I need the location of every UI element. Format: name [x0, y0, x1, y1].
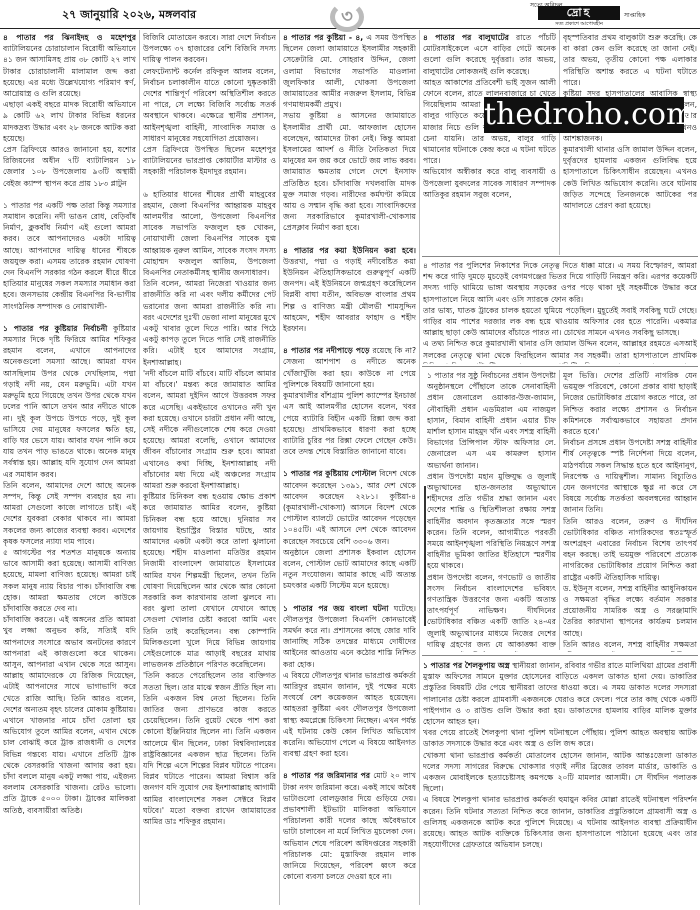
column-divider: [139, 30, 140, 905]
article-paragraph: চাঁদাবাজি করতে। এই অঙ্গনের প্রতি আমরা খু…: [3, 614, 136, 816]
article-paragraph: ১ পাতার পর সুষ্ঠু নির্বাচনের প্রধান উপদে…: [427, 370, 556, 471]
article-paragraph: ৪ পাতার পর কয়া ইউনিয়ন করা হবে। উত্তরখা…: [283, 245, 416, 335]
paragraph-text: ঘটেছে। দৌলতপুর উপজেলা বিএনপি কোনভাবেই সম…: [283, 604, 416, 669]
paragraph-lead: ১ পাতার পর শৈলকুপায় অস্ত্র: [423, 661, 510, 670]
article-paragraph: খবর পেয়ে রাতেই শৈলকুপা থানা পুলিশ ঘটনাস…: [423, 727, 697, 749]
article-paragraph: কুষ্টিয়ার চিনিকল বন্ধ হওয়ায় ক্ষোভ প্র…: [143, 491, 276, 670]
article-paragraph: 'তিনি করতে পেরেছিলেন তার ব্যক্তিগত সততা …: [143, 670, 276, 827]
column-5-top: বৃহস্পতিবার প্রথম বালুকাটা শুরু করেছি। ক…: [563, 32, 697, 254]
article-paragraph: সভায় কুষ্টিয়া ৪ আসনের জামায়াতে ইসলামী…: [283, 110, 416, 233]
article-paragraph: ৪ পাতার পর পুলিশের নিকাশের দিকে নেতৃত্ব …: [423, 260, 697, 305]
article-paragraph: ১ পাতার পর শৈলকুপায় অস্ত্র স্থানীয়রা জ…: [423, 660, 697, 727]
masthead: সত্যে অবিচল দ্রোহ সত্য প্রকাশে আপোষহীন স…: [490, 0, 620, 28]
article-paragraph: কুমারখালী থানার ওসি জামাল উদ্দিন বলেন, দ…: [563, 144, 697, 211]
paragraph-text: স্থানীয়রা জানান, রবিবার গভীর রাতে মালিথ…: [423, 661, 697, 726]
paragraph-text: সভায় কুষ্টিয়া ৪ আসনের জামায়াতে ইসলামী…: [283, 111, 416, 232]
column-divider: [559, 30, 560, 255]
paragraph-lead: ১ পাতার পর জয় বাংলা ঘটনা: [283, 604, 388, 613]
article-paragraph: লেফটেন্যান্ট কর্নেল রফিকুল আলম বলেন, নির…: [143, 66, 276, 144]
wide-article-robbery: ১ পাতার পর শৈলকুপায় অস্ত্র স্থানীয়রা জ…: [423, 660, 697, 907]
page-header: ২৭ জানুয়ারি ২০২৬, মঙ্গলবার ৩ সত্যে অবিচ…: [0, 0, 700, 29]
paragraph-text: তার ভাষ্য, ঘাতক ট্রাকের চালক হয়তো ঘুমিয…: [423, 306, 697, 337]
masthead-logo: দ্রোহ: [538, 6, 620, 20]
article-paragraph: তিনি আরও বলেন, সশস্ত্র বাহিনীর সক্ষমতা ব…: [563, 639, 697, 652]
article-paragraph: বিজিবি মোতায়েন করবে। সারা দেশে নির্বাচন…: [143, 32, 276, 66]
paragraph-text: তিনি আরও বলেন, তরুণ ও দীর্ঘদিন ভোটাধিকার…: [563, 517, 697, 582]
paragraph-text: তিনি বলেন, আমাদের দেশে আছে অনেক সম্পদ, ক…: [3, 481, 136, 546]
column-2: বিজিবি মোতায়েন করবে। সারা দেশে নির্বাচন…: [143, 32, 276, 907]
paragraph-lead: ১ পাতার পর কুষ্টিয়ায় পোস্টাল: [283, 469, 376, 478]
paragraph-text: বিদেশ থেকে আবেদন করেছেন ১৩৯১, আর দেশ থেক…: [283, 469, 416, 545]
paragraph-text: ৬ হাতিয়ার ধানের শীষের প্রার্থী মাহবুবের…: [143, 190, 276, 277]
article-paragraph: প্রেস ব্রিফিংয়ে আরও জানানো হয়, যশোর রি…: [3, 144, 136, 189]
article-paragraph: প্রধান উপদেষ্টা বলেন, গণভোট ও জাতীয় সংস…: [427, 572, 556, 652]
column-divider: [559, 370, 560, 650]
paragraph-text: প্রেস ব্রিফিংয়ে আরও জানানো হয়, যশোর রি…: [3, 145, 136, 188]
paragraph-text: এছাড়া একই বছরে মাদক বিরোধী অভিযানে ৯ কো…: [3, 100, 136, 143]
article-paragraph: ১ পাতার পর কুষ্টিয়ার নির্বাচনী কুষ্টিয়…: [3, 323, 136, 480]
paragraph-text: মূল ভিত্তি। দেশের প্রতিটি নাগরিক যেন ভয়…: [563, 371, 697, 436]
paragraph-text: ৫ আগস্টের পর শতশত মানুষকে অন্যায় ভাবে আ…: [3, 548, 136, 613]
article-paragraph: এছাড়া একই বছরে মাদক বিরোধী অভিযানে ৯ কো…: [3, 99, 136, 144]
column-4-top: ৪ পাতার পর বালুঘাটের রাতে পাঁচটি মোটরসাই…: [423, 32, 556, 254]
article-paragraph: ড. ইউনূস বলেন, সশস্ত্র বাহিনীর আধুনিকায়…: [563, 583, 697, 639]
column-divider: [279, 30, 280, 905]
paragraph-text: ৪ পাতার পর পুলিশের নিকাশের দিকে নেতৃত্ব …: [423, 261, 697, 304]
section-divider: [422, 366, 698, 367]
article-paragraph: ৪ পাতার পর ঝিনাইদহ ও মহেশপুর ব্যাটালিয়ন…: [3, 32, 136, 99]
paragraph-text: বিজিবি মোতায়েন করবে। সারা দেশে নির্বাচন…: [143, 33, 276, 64]
paragraph-text: প্রধান উপদেষ্টা মহান মুক্তিযুদ্ধ ও জুলাই…: [427, 472, 556, 571]
article-paragraph: এ বিষয়ে শৈলকুপা থানার ভারপ্রাপ্ত কর্মকর…: [423, 794, 697, 850]
article-paragraph: ৪ পাতার পর নদীপাড়ে পড়ে রয়েছে কি না? স…: [283, 345, 416, 390]
paragraph-lead: ১ পাতার পর কুষ্টিয়ার নির্বাচনী: [3, 324, 107, 333]
paragraph-text: মোট ২০ লাখ টাকা নগদ জরিমানা করে। একই সাথ…: [283, 771, 416, 836]
column-4-election: ১ পাতার পর সুষ্ঠু নির্বাচনের প্রধান উপদে…: [427, 370, 556, 652]
article-paragraph: মূল ভিত্তি। দেশের প্রতিটি নাগরিক যেন ভয়…: [563, 370, 697, 437]
masthead-subtitle: সত্য প্রকাশে আপোষহীন: [538, 21, 620, 29]
issue-date: ২৭ জানুয়ারি ২০২৬, মঙ্গলবার: [62, 6, 196, 25]
column-3: ৪ পাতার পর কুষ্টিয়া - ৪, এ সময় উপস্থিত…: [283, 32, 416, 907]
article-paragraph: ১ পাতার পর জয় বাংলা ঘটনা ঘটেছে। দৌলতপুর…: [283, 603, 416, 670]
paragraph-lead: ৪ পাতার পর বালুঘাটের: [423, 33, 509, 42]
paragraph-text: 'তিনি করতে পেরেছিলেন তার ব্যক্তিগত সততা …: [143, 671, 276, 826]
paragraph-text: কুমারখালীর বাঁশগ্রাম পুলিশ ক্যাম্পের ইনচ…: [283, 391, 416, 456]
article-paragraph: তিনি বলেন, আমাদের দেশে আছে অনেক সম্পদ, ক…: [3, 480, 136, 547]
paragraph-text: অভিযান শেষে পরিবেশ অধিদপ্তরের সহকারী পরি…: [283, 839, 416, 882]
paragraph-lead: ৪ পাতার পর কয়া ইউনিয়ন করা হবে।: [283, 246, 416, 255]
paragraph-text: নির্বাচন প্রসঙ্গে প্রধান উপদেষ্টা সশস্ত্…: [563, 438, 697, 514]
paragraph-text: খবর পেয়ে রাতেই শৈলকুপা থানা পুলিশ ঘটনাস…: [423, 728, 697, 748]
article-paragraph: এ বিষয়ে দৌলতপুর থানার ভারপ্রাপ্ত কর্মকর…: [283, 670, 416, 760]
article-paragraph: প্রধান উপদেষ্টা মহান মুক্তিযুদ্ধ ও জুলাই…: [427, 471, 556, 572]
article-paragraph: কুমারখালীর বাঁশগ্রাম পুলিশ ক্যাম্পের ইনচ…: [283, 390, 416, 457]
article-paragraph: তিনি বলেন, আমরা নিজেরা খাওয়ার জন্য রাজন…: [143, 278, 276, 368]
article-paragraph: ১ পাতার পর একটি পক্ষ তারা কিন্তু সমস্যার…: [3, 200, 136, 312]
paragraph-text: ১ পাতার পর একটি পক্ষ তারা কিন্তু সমস্যার…: [3, 201, 136, 311]
article-paragraph: তিনি আরও বলেন, তরুণ ও দীর্ঘদিন ভোটাধিকার…: [563, 516, 697, 583]
wide-article-accident: ৪ পাতার পর পুলিশের নিকাশের দিকে নেতৃত্ব …: [423, 260, 697, 364]
column-1: ৪ পাতার পর ঝিনাইদহ ও মহেশপুর ব্যাটালিয়ন…: [3, 32, 136, 907]
paragraph-text: উত্তরখা, পদ্মা ও গড়াই নদীবেষ্টিত কয়া ই…: [283, 257, 416, 333]
paragraph-text: বৃহস্পতিবার প্রথম বালুকাটা শুরু করেছি। ক…: [563, 33, 697, 87]
paragraph-text: এ তথ্য নিশ্চিত করে কুমারখালী থানার ওসি জ…: [423, 339, 697, 364]
article-paragraph: 'নদী বাঁচলে মাটি বাঁচবে। মাটি বাঁচলে আমা…: [143, 368, 276, 491]
article-paragraph: অনুষ্ঠানে জেলা প্রশাসক ইকবাল হোসেন বলেন,…: [283, 547, 416, 592]
column-divider: [419, 30, 420, 905]
masthead-frequency: সাপ্তাহিক: [624, 10, 645, 21]
section-divider: [422, 655, 698, 656]
paragraph-text: কুষ্টিয়ার চিনিকল বন্ধ হওয়ায় ক্ষোভ প্র…: [143, 492, 276, 669]
article-paragraph: এ তথ্য নিশ্চিত করে কুমারখালী থানার ওসি জ…: [423, 338, 697, 364]
article-paragraph: নির্বাচন প্রসঙ্গে প্রধান উপদেষ্টা সশস্ত্…: [563, 437, 697, 515]
article-paragraph: বৃহস্পতিবার প্রথম বালুকাটা শুরু করেছি। ক…: [563, 32, 697, 88]
article-paragraph: অভিযান শেষে পরিবেশ অধিদপ্তরের সহকারী পরি…: [283, 838, 416, 883]
paragraph-text: তিনি বলেন, আমরা নিজেরা খাওয়ার জন্য রাজন…: [143, 279, 276, 366]
article-paragraph: ৫ আগস্টের পর শতশত মানুষকে অন্যায় ভাবে আ…: [3, 547, 136, 614]
article-paragraph: ৬ হাতিয়ার ধানের শীষের প্রার্থী মাহবুবের…: [143, 189, 276, 279]
paragraph-text: ড. ইউনূস বলেন, সশস্ত্র বাহিনীর আধুনিকায়…: [563, 584, 697, 638]
article-paragraph: ৪ পাতার পর জরিমানার পর মোট ২০ লাখ টাকা ন…: [283, 770, 416, 837]
section-divider: [422, 256, 698, 257]
paragraph-text: অভিযোগ অস্বীকার করে বালু ব্যবসায়ী ও উপজ…: [423, 167, 556, 198]
paragraph-text: কুষ্টিয়ার সমস্যার দিকে দৃষ্টি ফিরিয়ে আ…: [3, 324, 136, 479]
paragraph-text: প্রধান উপদেষ্টা বলেন, গণভোট ও জাতীয় সংস…: [427, 573, 556, 652]
paragraph-text: এ বিষয়ে শৈলকুপা থানার ভারপ্রাপ্ত কর্মকর…: [423, 795, 697, 849]
paragraph-text: ব্যাটালিয়নের চোরাচালান বিরোধী অভিযানে ৪…: [3, 44, 136, 98]
paragraph-lead: ৪ পাতার পর নদীপাড়ে পড়ে: [283, 346, 370, 355]
paragraph-text: তিনি আরও বলেন, সশস্ত্র বাহিনীর সক্ষমতা ব…: [563, 640, 697, 652]
article-paragraph: ৪ পাতার পর বালুঘাটের রাতে পাঁচটি মোটরসাই…: [423, 32, 556, 77]
paragraph-text: 'নদী বাঁচলে মাটি বাঁচবে। মাটি বাঁচলে আমা…: [143, 369, 276, 490]
article-paragraph: ৪ পাতার পর কুষ্টিয়া - ৪, এ সময় উপস্থিত…: [283, 32, 416, 110]
article-paragraph: তার ভাষ্য, ঘাতক ট্রাকের চালক হয়তো ঘুমিয…: [423, 305, 697, 339]
paragraph-text: প্রেস ব্রিফিংয়ে উপস্থিত ছিলেন মহেশপুর ব…: [143, 145, 276, 176]
page-number: ৩: [330, 2, 364, 32]
paragraph-lead: ৪ পাতার পর জরিমানার পর: [283, 771, 370, 780]
paragraph-text: কুমারখালী থানার ওসি জামাল উদ্দিন বলেন, দ…: [563, 145, 697, 210]
article-paragraph: প্রেস ব্রিফিংয়ে উপস্থিত ছিলেন মহেশপুর ব…: [143, 144, 276, 178]
article-paragraph: ১ পাতার পর কুষ্টিয়ায় পোস্টাল বিদেশ থেক…: [283, 468, 416, 546]
article-marker: [424, 486, 426, 626]
article-paragraph: অভিযোগ অস্বীকার করে বালু ব্যবসায়ী ও উপজ…: [423, 166, 556, 200]
paragraph-text: ১ পাতার পর সুষ্ঠু নির্বাচনের প্রধান উপদে…: [427, 371, 556, 470]
watermark-logo: thedroho.com: [484, 97, 684, 133]
paragraph-lead: ৪ পাতার পর ঝিনাইদহ ও মহেশপুর: [3, 33, 136, 42]
paragraph-text: এ বিষয়ে দৌলতপুর থানার ভারপ্রাপ্ত কর্মকর…: [283, 671, 416, 758]
paragraph-text: এ সময় উপস্থিত ছিলেন জেলা জামায়াতে ইসলা…: [283, 33, 416, 109]
paragraph-text: লেফটেন্যান্ট কর্নেল রফিকুল আলম বলেন, নির…: [143, 67, 276, 143]
column-5-election: মূল ভিত্তি। দেশের প্রতিটি নাগরিক যেন ভয়…: [563, 370, 697, 652]
paragraph-text: অনুষ্ঠানে জেলা প্রশাসক ইকবাল হোসেন বলেন,…: [283, 548, 416, 591]
paragraph-lead: ৪ পাতার পর কুষ্টিয়া - ৪,: [283, 33, 363, 42]
article-paragraph: খোকসা থানা ভারপ্রাপ্ত কর্মকর্তা মোতালেব …: [423, 750, 697, 795]
paragraph-text: খোকসা থানা ভারপ্রাপ্ত কর্মকর্তা মোতালেব …: [423, 751, 697, 794]
paragraph-text: চাঁদাবাজি করতে। এই অঙ্গনের প্রতি আমরা খু…: [3, 615, 136, 814]
